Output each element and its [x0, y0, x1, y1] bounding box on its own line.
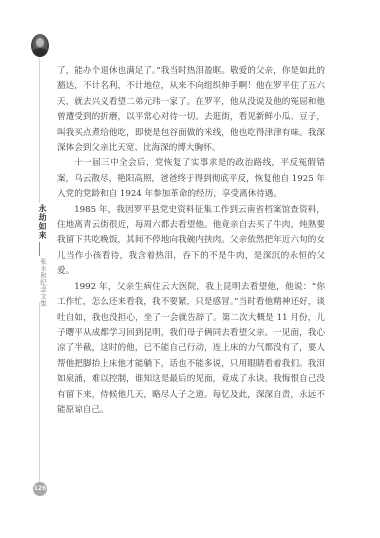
paragraph: 十一届三中全会后，党恢复了实事求是的政治路线，平反冤假错案，乌云散尽，艳阳高照，…	[57, 156, 325, 202]
book-page: 永劫如来 张永和纪念文集 126 了，能办个退休也满足了。”我当时热泪盈眶。敬爱…	[0, 0, 380, 538]
margin-rule-top	[39, 58, 40, 203]
page-number-badge: 126	[33, 482, 47, 496]
body-text: 了，能办个退休也满足了。”我当时热泪盈眶。敬爱的父亲，你是如此的豁达，不计名利，…	[57, 64, 325, 418]
portrait-face	[36, 38, 44, 47]
paragraph-continued: 了，能办个退休也满足了。”我当时热泪盈眶。敬爱的父亲，你是如此的豁达，不计名利，…	[57, 64, 325, 156]
title-dash-divider	[39, 242, 40, 256]
paragraph: 1985 年，我因罗平县党史资料征集工作到云南省档案馆查资料，住地离青云街很近，…	[57, 203, 325, 280]
running-book-title: 永劫如来	[33, 204, 47, 240]
margin-rule-bottom	[39, 302, 40, 482]
paragraph: 1992 年，父亲生病住云大医院，我上昆明去看望他，他说：“你工作忙，怎么还来看…	[57, 280, 325, 419]
running-book-subtitle: 张永和纪念文集	[34, 258, 46, 307]
author-portrait-image	[31, 34, 49, 57]
portrait-body	[32, 48, 48, 57]
